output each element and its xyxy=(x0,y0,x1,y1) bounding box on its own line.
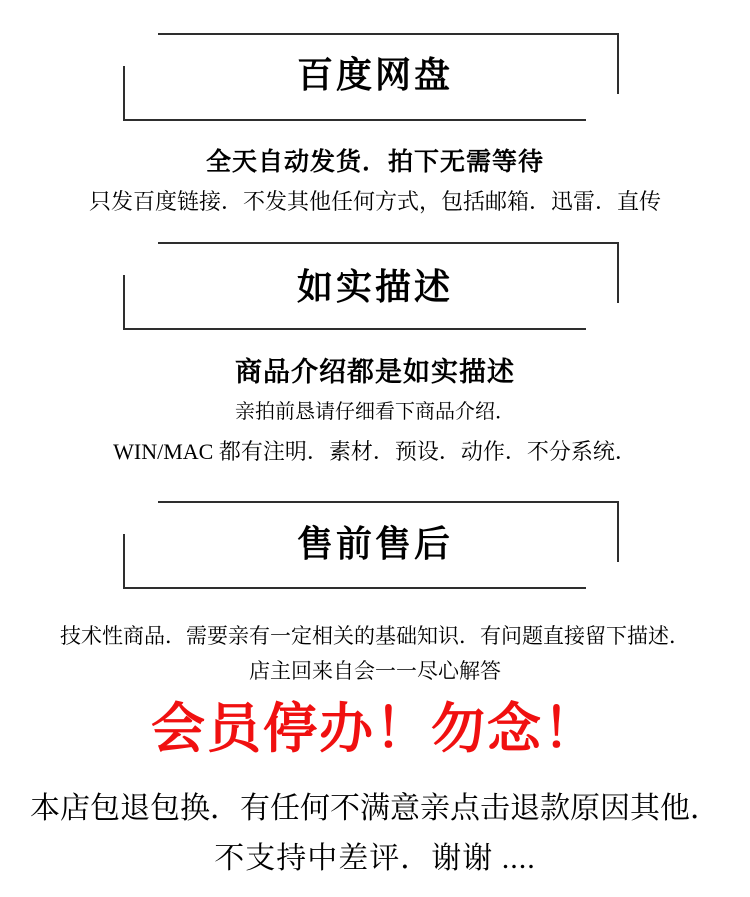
line-technical-notice: 技术性商品．需要亲有一定相关的基础知识．有问题直接留下描述． xyxy=(0,624,750,649)
line-win-mac-note: WIN/MAC 都有注明．素材．预设．动作．不分系统． xyxy=(0,439,750,465)
heading-pre-after-sale: 售前售后 xyxy=(0,524,750,564)
notice-membership-stopped: 会员停办！勿念！ xyxy=(0,698,750,760)
heading-baidu-pan: 百度网盘 xyxy=(0,55,750,95)
line-intro-honest: 商品介绍都是如实描述 xyxy=(0,356,750,388)
line-no-bad-review: 不支持中差评．谢谢 .... xyxy=(0,841,750,877)
line-auto-delivery: 全天自动发货．拍下无需等待 xyxy=(0,147,750,177)
product-description-poster: 百度网盘 全天自动发货．拍下无需等待 只发百度链接．不发其他任何方式，包括邮箱．… xyxy=(0,0,750,897)
line-only-baidu-link: 只发百度链接．不发其他任何方式，包括邮箱．迅雷．直传 xyxy=(0,189,750,215)
line-read-before-buy: 亲拍前恳请仔细看下商品介绍． xyxy=(0,400,750,424)
line-refund-policy: 本店包退包换．有任何不满意亲点击退款原因其他． xyxy=(0,791,750,827)
line-owner-reply: 店主回来自会一一尽心解答 xyxy=(0,659,750,684)
heading-honest-description: 如实描述 xyxy=(0,267,750,307)
